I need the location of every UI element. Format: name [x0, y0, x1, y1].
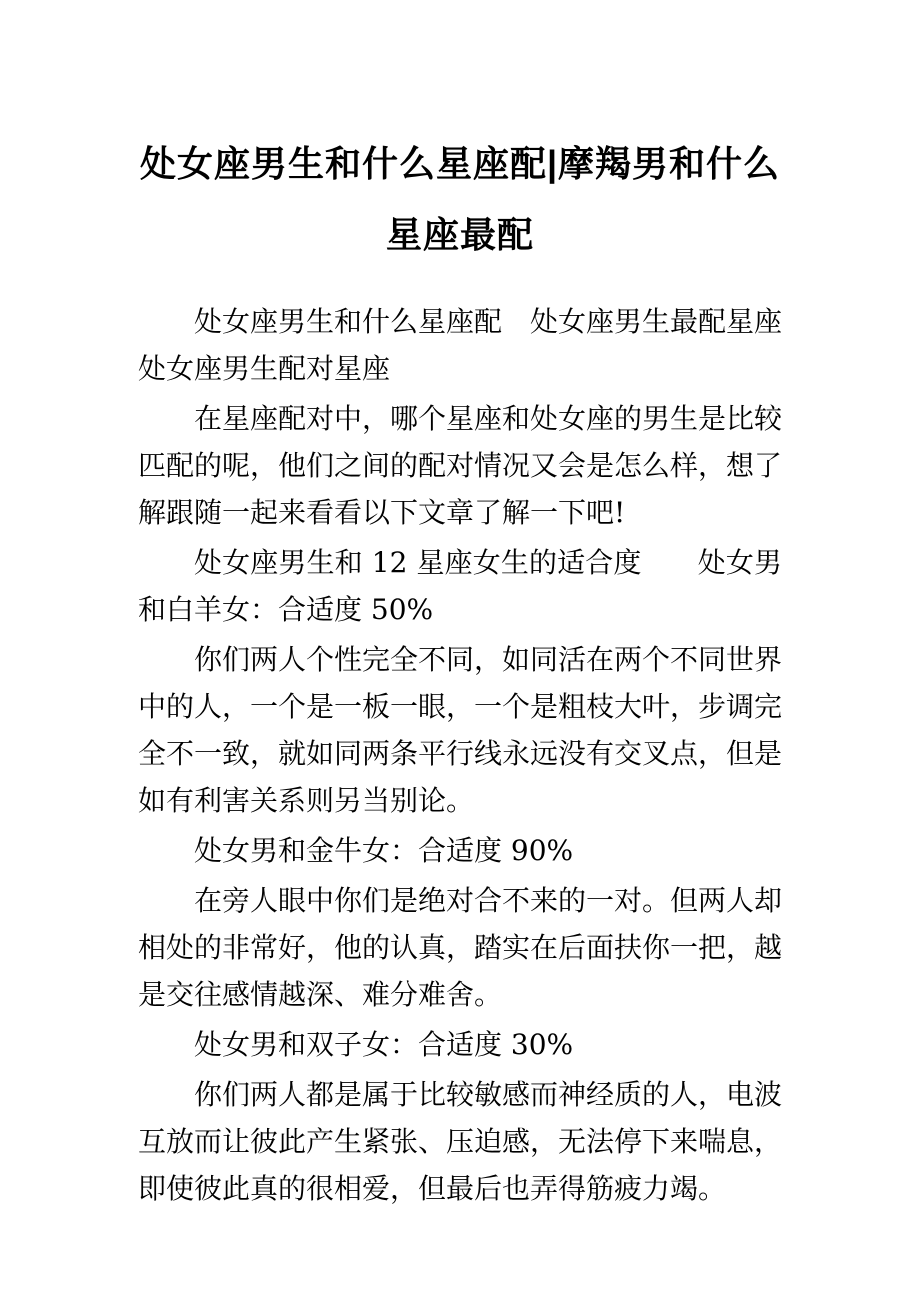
paragraph-intro-keywords: 处女座男生和什么星座配 处女座男生最配星座 处女座男生配对星座 [138, 298, 782, 392]
document-page: 处女座男生和什么星座配|摩羯男和什么星座最配 处女座男生和什么星座配 处女座男生… [0, 0, 920, 1302]
document-body: 处女座男生和什么星座配 处女座男生最配星座 处女座男生配对星座 在星座配对中，哪… [138, 298, 782, 1212]
paragraph-taurus-description: 在旁人眼中你们是绝对合不来的一对。但两人却相处的非常好，他的认真，踏实在后面扶你… [138, 877, 782, 1018]
paragraph-aries-description: 你们两人个性完全不同，如同活在两个不同世界中的人，一个是一板一眼，一个是粗枝大叶… [138, 636, 782, 824]
paragraph-intro-text: 在星座配对中，哪个星座和处女座的男生是比较匹配的呢，他们之间的配对情况又会是怎么… [138, 395, 782, 536]
paragraph-heading-taurus-match: 处女男和金牛女：合适度 90% [138, 827, 782, 874]
paragraph-heading-gemini-match: 处女男和双子女：合适度 30% [138, 1021, 782, 1068]
paragraph-heading-aries-match: 处女座男生和 12 星座女生的适合度 处女男和白羊女：合适度 50% [138, 539, 782, 633]
document-title: 处女座男生和什么星座配|摩羯男和什么星座最配 [138, 128, 782, 270]
paragraph-gemini-description: 你们两人都是属于比较敏感而神经质的人，电波互放而让彼此产生紧张、压迫感，无法停下… [138, 1071, 782, 1212]
